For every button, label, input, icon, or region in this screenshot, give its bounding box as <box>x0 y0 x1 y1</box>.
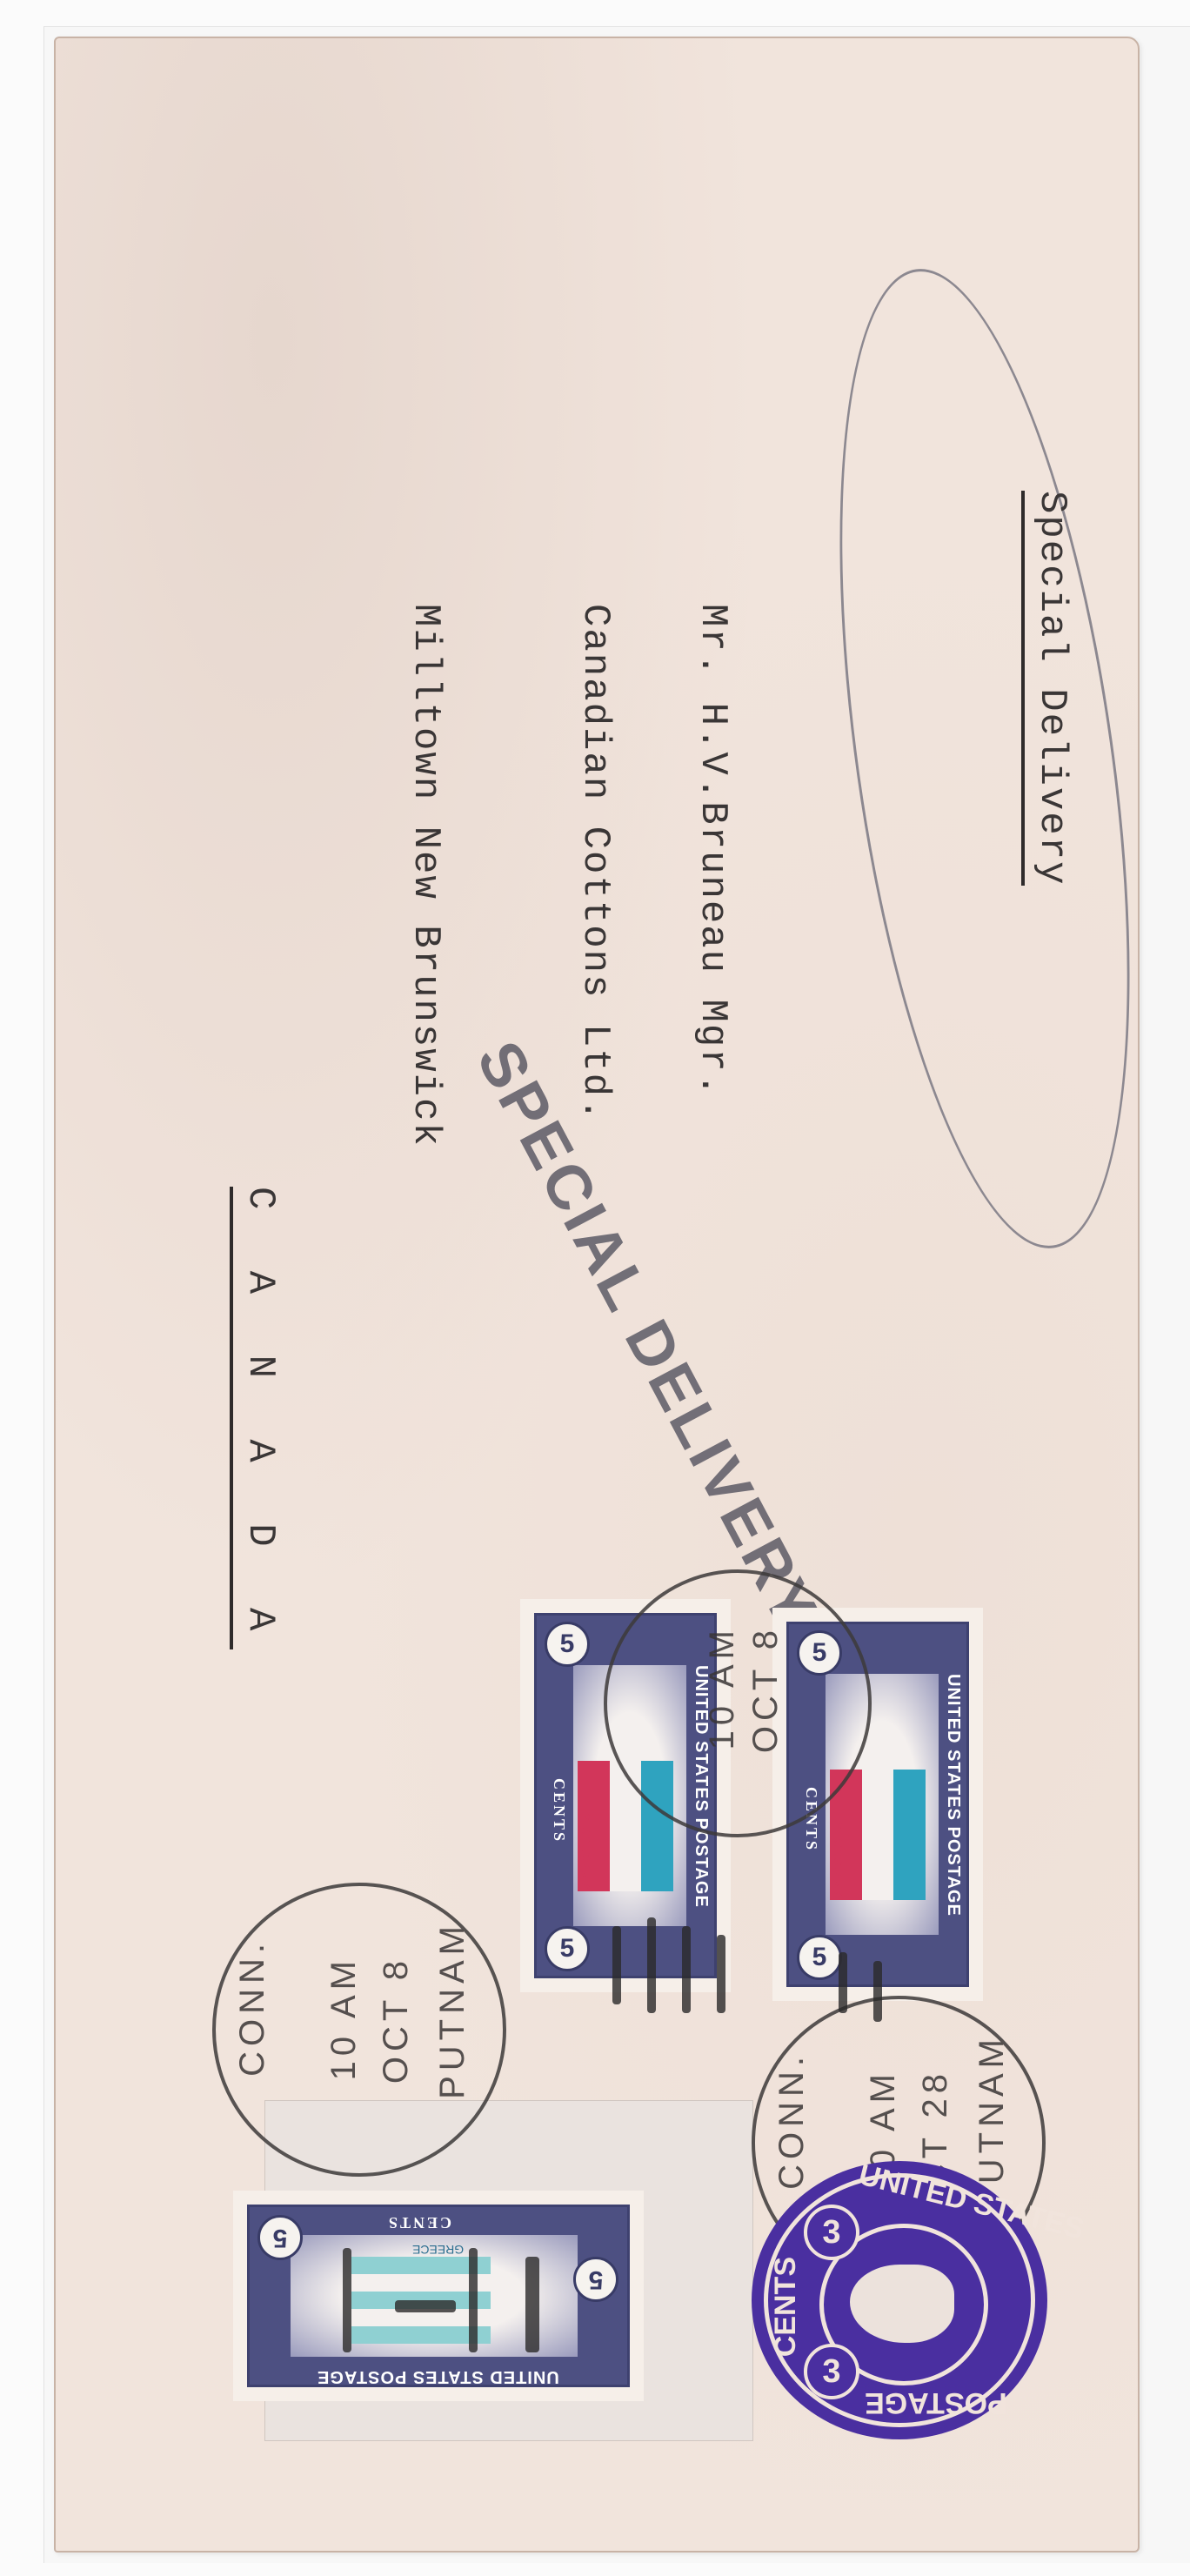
postmark-circle: PUTNAM OCT 8 10 AM CONN. <box>212 1883 506 2177</box>
stamp-inscription: UNITED STATES POSTAGE <box>943 1674 963 1917</box>
indicium-value: 3 <box>804 2344 859 2399</box>
stamp-denomination: 5 <box>797 1935 842 1980</box>
stamp-greece: UNITED STATES POSTAGE 5 5 CENTS GREECE <box>238 2196 638 2396</box>
indicium-3-cent: UNITED STATES POSTAGE CENTS 3 3 <box>752 2161 1047 2439</box>
stamp-denomination: 5 <box>545 1622 590 1667</box>
stamp-cents: CENTS <box>550 1778 568 1843</box>
postmark-circle: OCT 8 10 AM <box>604 1569 872 1837</box>
postmark-state: CONN. <box>772 2051 812 2190</box>
pencil-oval-mark <box>788 251 1180 1266</box>
postmark-date: OCT 8 <box>377 1956 416 2084</box>
postmark-date: OCT 8 <box>746 1625 786 1753</box>
postmark-time: 10 AM <box>703 1625 742 1750</box>
address-line-3: Milltown New Brunswick <box>404 604 447 1147</box>
stamp-country: YUGOSLAVIA <box>832 1822 846 1899</box>
stamp-denomination: 5 <box>545 1926 590 1971</box>
stamp-country: YUGOSLAVIA <box>579 1813 593 1890</box>
portrait-icon <box>850 2265 954 2343</box>
stamp-inscription: UNITED STATES POSTAGE <box>317 2366 559 2386</box>
address-line-1: Mr. H.V.Bruneau Mgr. <box>691 604 734 1098</box>
stamp-denomination: 5 <box>573 2257 618 2302</box>
indicium-bottom-text: POSTAGE <box>865 2385 1007 2419</box>
special-delivery-handstamp: SPECIAL DELIVERY <box>463 1030 833 1642</box>
address-country: C A N A D A <box>230 1187 282 1649</box>
special-delivery-endorsement: Special Delivery <box>1021 491 1073 886</box>
indicium-side-text: CENTS <box>769 2257 803 2357</box>
indicium-value: 3 <box>804 2205 859 2260</box>
stamp-country: GREECE <box>412 2243 464 2257</box>
postmark-town: PUTNAM <box>433 1921 472 2099</box>
postmark-time: 10 AM <box>324 1956 364 2080</box>
stamp-denomination: 5 <box>257 2215 303 2260</box>
envelope: Special Delivery Mr. H.V.Bruneau Mgr. Ca… <box>54 37 1140 2553</box>
postmark-state: CONN. <box>233 1938 272 2077</box>
stamp-cents: CENTS <box>386 2213 451 2231</box>
address-line-2: Canadian Cottons Ltd. <box>573 604 617 1123</box>
